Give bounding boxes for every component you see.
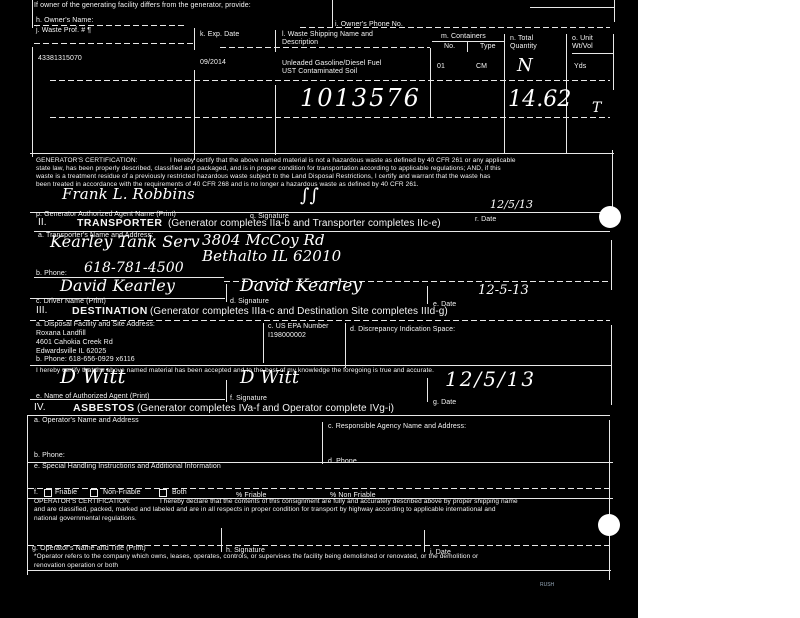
destination-agent-name-handwritten: D Witt: [60, 372, 126, 380]
rush-stamp: RUSH: [540, 582, 554, 588]
rule: [50, 80, 610, 81]
generator-cert-line-2: state law, has been properly described, …: [36, 165, 501, 173]
border-right: [609, 420, 610, 580]
containers-no-header: No.: [444, 43, 455, 51]
facility-line-2: 4601 Cahokia Creek Rd: [36, 339, 113, 347]
unit-header: o. Unit Wt/Vol: [572, 35, 612, 51]
driver-signature-label: d. Signature: [230, 298, 269, 306]
operator-cert-line-1: I hereby declare that the contents of th…: [160, 498, 518, 506]
border-right: [611, 240, 612, 290]
ticket-number-handwritten: 1013576: [300, 94, 421, 102]
col-divider: [430, 48, 431, 118]
description-line-1: Unleaded Gasoline/Diesel Fuel: [282, 60, 381, 68]
unit-value: Yds: [574, 63, 586, 71]
agency-label: c. Responsible Agency Name and Address:: [328, 423, 466, 431]
epa-number-label: c. US EPA Number: [268, 323, 329, 331]
scanned-manifest-page: If owner of the generating facility diff…: [0, 0, 638, 618]
both-label: Both: [172, 489, 187, 497]
containers-type-value: CM: [476, 63, 487, 71]
rule: [300, 27, 610, 28]
generator-signature-handwritten: ∫∫: [300, 192, 319, 200]
generator-cert-line-3: waste is a treatment residue of a previo…: [36, 173, 490, 181]
destination-roman: III.: [36, 307, 48, 315]
waste-profile-value: 43381315070: [38, 55, 82, 63]
generator-agent-name-handwritten: Frank L. Robbins: [62, 190, 195, 198]
rule: [30, 153, 614, 154]
friable-prefix: f.: [34, 489, 38, 497]
both-checkbox[interactable]: [159, 489, 167, 497]
facility-phone: b. Phone: 618-656-0929 x6116: [36, 356, 135, 364]
driver-signature-handwritten: David Kearley: [240, 282, 362, 290]
operator-footnote-line-1: *Operator refers to the company which ow…: [34, 553, 478, 561]
divider: [427, 286, 428, 304]
destination-title: DESTINATION: [72, 307, 148, 315]
generator-cert-line-1: I hereby certify that the above named ma…: [170, 157, 516, 165]
generator-date-handwritten: 12/5/13: [490, 201, 533, 209]
containers-header: m. Containers: [441, 33, 486, 41]
operator-footnote-line-2: renovation operation or both: [34, 562, 118, 570]
friable-checkbox[interactable]: [44, 489, 52, 497]
discrepancy-label: d. Discrepancy Indication Space:: [350, 326, 455, 334]
operator-phone-label: b. Phone:: [34, 452, 65, 460]
facility-line-3: Edwardsville IL 62025: [36, 348, 106, 356]
transporter-subtitle: (Generator completes IIa-b and Transport…: [168, 220, 441, 228]
divider: [424, 530, 425, 552]
border-right: [612, 150, 613, 210]
destination-subtitle: (Generator completes IIIa-c and Destinat…: [150, 308, 448, 316]
col-divider: [613, 34, 614, 90]
operator-cert-heading: OPERATOR'S CERTIFICATION:: [34, 498, 131, 506]
destination-signature-handwritten: D Witt: [240, 374, 299, 382]
operator-name-title-label: g. Operator's Name and Title (Print): [32, 545, 146, 553]
transporter-address-line-2: Bethalto IL 62010: [202, 252, 341, 260]
divider: [332, 0, 333, 27]
friable-label: Friable: [55, 489, 77, 497]
asbestos-roman: IV.: [34, 404, 46, 412]
rule: [34, 25, 184, 26]
total-qty-handwritten: N: [517, 62, 533, 70]
divider: [226, 380, 227, 402]
divider: [427, 378, 428, 402]
containers-type-header: Type: [480, 43, 496, 51]
rule: [432, 41, 504, 42]
asbestos-subtitle: (Generator completes IVa-f and Operator …: [137, 405, 394, 413]
epa-number-value: I198000002: [268, 332, 306, 340]
rule: [220, 47, 430, 48]
col-divider: [275, 30, 276, 52]
waste-profile-header: j. Waste Prof. # ¶: [36, 27, 91, 35]
divider: [263, 323, 264, 363]
destination-date-handwritten: 12/5/13: [445, 375, 536, 383]
rule: [34, 43, 194, 44]
border-left-top: [32, 0, 33, 28]
non-friable-label: Non-Friable: [103, 489, 141, 497]
special-handling-label: e. Special Handling Instructions and Add…: [34, 463, 221, 471]
mark-handwritten: T: [592, 104, 601, 112]
transporter-phone-handwritten: 618-781-4500: [84, 264, 184, 272]
transporter-roman: II.: [38, 219, 47, 227]
transporter-title: TRANSPORTER: [77, 219, 162, 227]
col-divider: [275, 85, 276, 155]
border-left: [32, 47, 33, 157]
description-line-2: UST Contaminated Soil: [282, 68, 357, 76]
rule: [28, 570, 611, 571]
exp-date-header: k. Exp. Date: [200, 31, 239, 39]
punch-hole: [598, 514, 620, 536]
driver-name-handwritten: David Kearley: [60, 282, 175, 290]
generator-cert-heading: GENERATOR'S CERTIFICATION:: [36, 157, 138, 165]
border-right-top: [614, 0, 615, 22]
divider: [345, 323, 346, 368]
quantity-handwritten: 14.62: [508, 96, 571, 104]
owner-name-label: h. Owner's Name:: [36, 17, 93, 25]
divider: [221, 528, 222, 552]
border-left: [27, 415, 28, 575]
destination-date-label: g. Date: [433, 399, 456, 407]
punch-hole: [599, 206, 621, 228]
operator-cert-line-2: and are classified, packed, marked and l…: [34, 506, 496, 514]
operator-cert-line-3: national governmental regulations.: [34, 515, 137, 523]
non-friable-checkbox[interactable]: [90, 489, 98, 497]
rule: [530, 7, 614, 8]
rule: [50, 117, 610, 118]
transporter-date-handwritten: 12-5-13: [478, 287, 529, 295]
col-divider: [467, 42, 468, 52]
asbestos-title: ASBESTOS: [73, 404, 135, 412]
col-divider: [194, 28, 195, 50]
transporter-address-line-1: 3804 McCoy Rd: [202, 236, 325, 244]
owner-note: If owner of the generating facility diff…: [34, 2, 251, 10]
rule: [572, 53, 613, 54]
description-header: l. Waste Shipping Name and Description: [282, 31, 400, 47]
generator-date-label: r. Date: [475, 216, 496, 224]
total-qty-header: n. Total Quantity: [510, 35, 560, 51]
destination-signature-label: f. Signature: [230, 395, 267, 403]
col-divider: [194, 70, 195, 160]
transporter-name-handwritten: Kearley Tank Serv: [50, 238, 200, 246]
operator-name-label: a. Operator's Name and Address: [34, 417, 139, 425]
divider: [322, 422, 323, 464]
destination-agent-name-label: e. Name of Authorized Agent (Print): [36, 393, 150, 401]
containers-no-value: 01: [437, 63, 445, 71]
exp-date-value: 09/2014: [200, 59, 226, 67]
divider: [226, 284, 227, 302]
facility-line-1: Roxana Landfill: [36, 330, 86, 338]
col-divider: [504, 34, 505, 154]
rule: [28, 415, 610, 416]
facility-label: a. Disposal Facility and Site Address:: [36, 321, 155, 329]
